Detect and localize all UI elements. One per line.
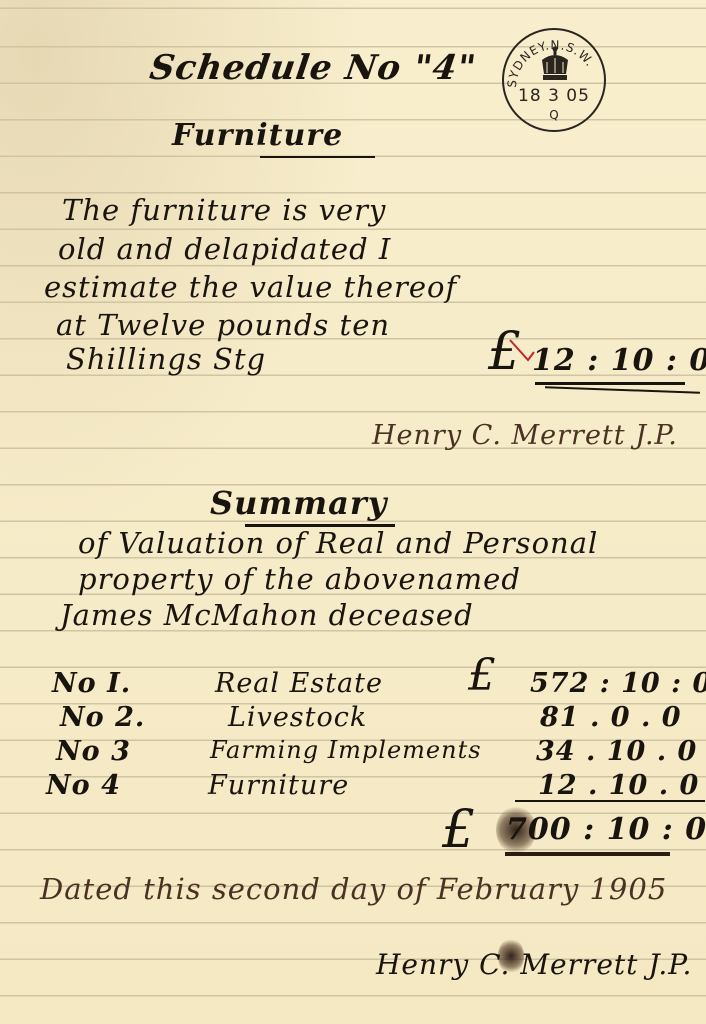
postmark-stamp: SYDNEY.N.S.W. 18 3 05 Q: [502, 28, 606, 132]
body-line: estimate the value thereof: [44, 270, 457, 304]
row-value: 12 . 10 . 0: [538, 770, 699, 801]
heading-underline: [260, 156, 375, 158]
furniture-amount: 12 : 10 : 0: [532, 343, 706, 378]
row-number: No 3: [56, 736, 131, 767]
row-value: 572 : 10 : 0: [530, 668, 706, 699]
row-description: Furniture: [208, 770, 349, 801]
signature-1: Henry C. Merrett J.P.: [372, 420, 678, 451]
row-description: Livestock: [228, 702, 367, 733]
amount-underline: [535, 382, 685, 385]
postmark-code: Q: [504, 108, 604, 122]
postmark-date: 18 3 05: [504, 86, 604, 106]
summary-line: of Valuation of Real and Personal: [78, 526, 598, 560]
body-line: old and delapidated I: [58, 232, 391, 266]
schedule-title: Schedule No "4": [147, 48, 479, 88]
row-number: No I.: [52, 668, 131, 699]
row-number: No 4: [46, 770, 121, 801]
pound-sign: £: [442, 800, 475, 860]
row-value: 81 . 0 . 0: [540, 702, 682, 733]
section-heading-furniture: Furniture: [172, 118, 343, 153]
pound-sign: £: [468, 650, 496, 701]
total-value: 700 : 10 : 0: [506, 812, 706, 847]
row-number: No 2.: [60, 702, 145, 733]
summary-line: property of the abovenamed: [78, 562, 521, 596]
crown-icon: [538, 46, 572, 82]
summary-line: James McMahon deceased: [60, 598, 474, 632]
row-description: Farming Implements: [210, 736, 482, 764]
dated-line: Dated this second day of February 1905: [40, 872, 667, 906]
row-value: 34 . 10 . 0: [536, 736, 697, 767]
total-rule: [515, 800, 705, 802]
body-line: The furniture is very: [62, 193, 386, 227]
body-line: at Twelve pounds ten: [56, 308, 390, 342]
row-description: Real Estate: [215, 668, 383, 699]
total-underline: [505, 852, 670, 856]
body-line: Shillings Stg: [66, 342, 266, 376]
signature-2: Henry C. Merrett J.P.: [376, 948, 692, 981]
summary-heading: Summary: [210, 484, 387, 522]
